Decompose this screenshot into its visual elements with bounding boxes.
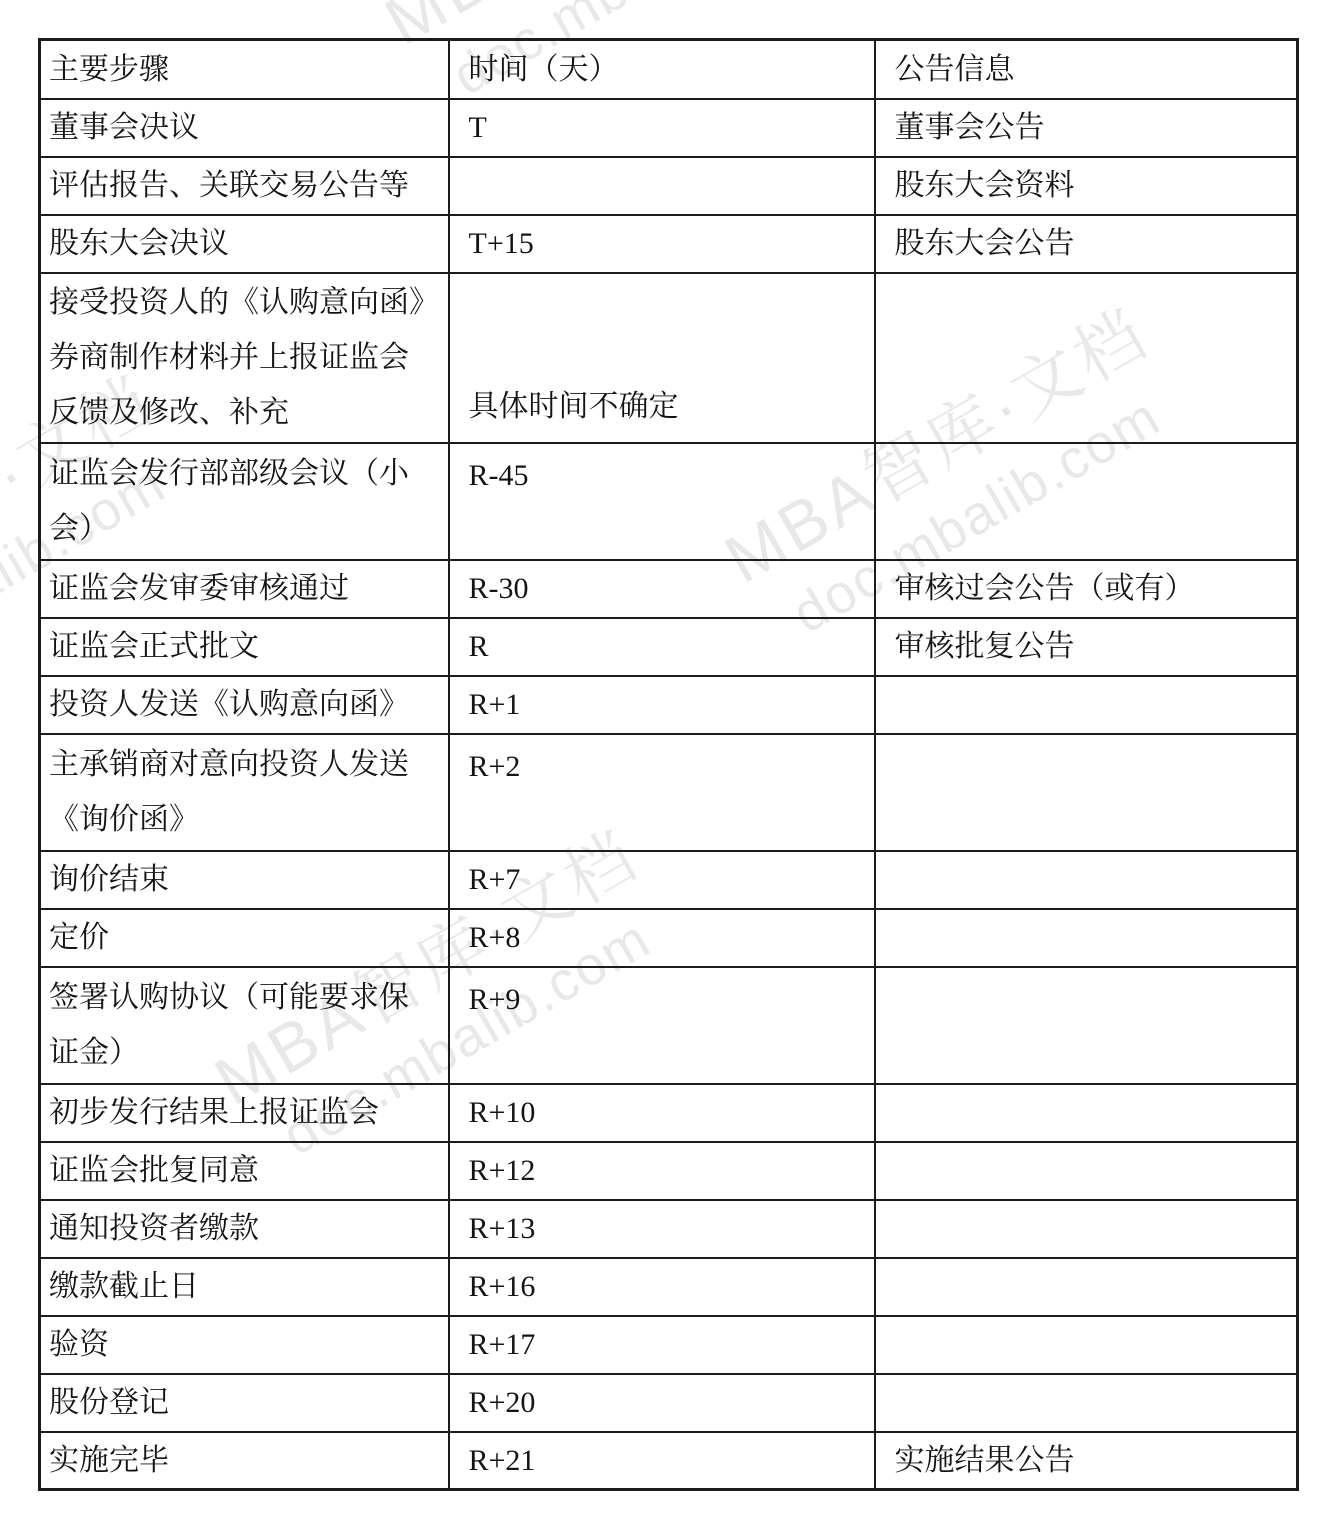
cell-step: 初步发行结果上报证监会 [40, 1084, 449, 1142]
cell-info [875, 443, 1298, 560]
table-row: 主承销商对意向投资人发送 《询价函》R+2 [40, 734, 1298, 851]
document-page: MBA智库·文档 doc.mbalib.com MBA智库·文档 doc.mba… [0, 0, 1330, 1524]
cell-step: 定价 [40, 909, 449, 967]
cell-info [875, 909, 1298, 967]
cell-step: 评估报告、关联交易公告等 [40, 157, 449, 215]
cell-step: 缴款截止日 [40, 1258, 449, 1316]
cell-info [875, 273, 1298, 443]
cell-time [449, 157, 875, 215]
cell-time: R-45 [449, 443, 875, 560]
header-row: 主要步骤时间（天）公告信息 [40, 40, 1298, 99]
cell-info [875, 1084, 1298, 1142]
cell-time: R+7 [449, 851, 875, 909]
table-row: 询价结束R+7 [40, 851, 1298, 909]
table-row: 签署认购协议（可能要求保 证金）R+9 [40, 967, 1298, 1084]
cell-time: R [449, 618, 875, 676]
cell-info: 审核批复公告 [875, 618, 1298, 676]
table-row: 实施完毕R+21实施结果公告 [40, 1432, 1298, 1490]
table-body: 主要步骤时间（天）公告信息董事会决议T董事会公告评估报告、关联交易公告等股东大会… [40, 40, 1298, 1490]
cell-time: R+12 [449, 1142, 875, 1200]
table-row: 股份登记R+20 [40, 1374, 1298, 1432]
cell-info [875, 734, 1298, 851]
cell-step: 证监会批复同意 [40, 1142, 449, 1200]
cell-time: R+21 [449, 1432, 875, 1490]
cell-step: 股东大会决议 [40, 215, 449, 273]
cell-step: 通知投资者缴款 [40, 1200, 449, 1258]
cell-info [875, 851, 1298, 909]
cell-step: 实施完毕 [40, 1432, 449, 1490]
column-header-step: 主要步骤 [40, 40, 449, 99]
cell-info [875, 967, 1298, 1084]
cell-step: 投资人发送《认购意向函》 [40, 676, 449, 734]
cell-time: T+15 [449, 215, 875, 273]
process-schedule-table: 主要步骤时间（天）公告信息董事会决议T董事会公告评估报告、关联交易公告等股东大会… [38, 38, 1299, 1491]
table-row: 投资人发送《认购意向函》R+1 [40, 676, 1298, 734]
cell-info [875, 1142, 1298, 1200]
table-row: 接受投资人的《认购意向函》 券商制作材料并上报证监会 反馈及修改、补充具体时间不… [40, 273, 1298, 443]
cell-time: R+13 [449, 1200, 875, 1258]
table-row: 证监会批复同意R+12 [40, 1142, 1298, 1200]
cell-step: 董事会决议 [40, 99, 449, 157]
table-row: 初步发行结果上报证监会R+10 [40, 1084, 1298, 1142]
cell-info [875, 1258, 1298, 1316]
cell-step: 签署认购协议（可能要求保 证金） [40, 967, 449, 1084]
table-row: 董事会决议T董事会公告 [40, 99, 1298, 157]
cell-time: R+10 [449, 1084, 875, 1142]
table-row: 证监会发审委审核通过R-30审核过会公告（或有） [40, 560, 1298, 618]
cell-info: 董事会公告 [875, 99, 1298, 157]
cell-time: 具体时间不确定 [449, 273, 875, 443]
table-row: 股东大会决议T+15股东大会公告 [40, 215, 1298, 273]
cell-time: R+1 [449, 676, 875, 734]
cell-step: 验资 [40, 1316, 449, 1374]
cell-info: 股东大会资料 [875, 157, 1298, 215]
cell-step: 证监会发行部部级会议（小 会） [40, 443, 449, 560]
cell-info: 实施结果公告 [875, 1432, 1298, 1490]
cell-info [875, 1200, 1298, 1258]
cell-step: 证监会正式批文 [40, 618, 449, 676]
cell-step: 主承销商对意向投资人发送 《询价函》 [40, 734, 449, 851]
table-row: 通知投资者缴款R+13 [40, 1200, 1298, 1258]
cell-info [875, 1316, 1298, 1374]
table-row: 验资R+17 [40, 1316, 1298, 1374]
table-row: 定价R+8 [40, 909, 1298, 967]
cell-info [875, 1374, 1298, 1432]
table-row: 证监会发行部部级会议（小 会）R-45 [40, 443, 1298, 560]
cell-step: 股份登记 [40, 1374, 449, 1432]
cell-time: R+2 [449, 734, 875, 851]
table-row: 评估报告、关联交易公告等股东大会资料 [40, 157, 1298, 215]
cell-info [875, 676, 1298, 734]
cell-time: R-30 [449, 560, 875, 618]
cell-time: T [449, 99, 875, 157]
cell-info: 股东大会公告 [875, 215, 1298, 273]
table-row: 缴款截止日R+16 [40, 1258, 1298, 1316]
cell-time: R+9 [449, 967, 875, 1084]
cell-time: R+17 [449, 1316, 875, 1374]
cell-step: 询价结束 [40, 851, 449, 909]
cell-info: 审核过会公告（或有） [875, 560, 1298, 618]
cell-step: 证监会发审委审核通过 [40, 560, 449, 618]
column-header-time: 时间（天） [449, 40, 875, 99]
cell-time: R+16 [449, 1258, 875, 1316]
cell-time: R+20 [449, 1374, 875, 1432]
table-row: 证监会正式批文R审核批复公告 [40, 618, 1298, 676]
cell-time: R+8 [449, 909, 875, 967]
column-header-info: 公告信息 [875, 40, 1298, 99]
cell-step: 接受投资人的《认购意向函》 券商制作材料并上报证监会 反馈及修改、补充 [40, 273, 449, 443]
